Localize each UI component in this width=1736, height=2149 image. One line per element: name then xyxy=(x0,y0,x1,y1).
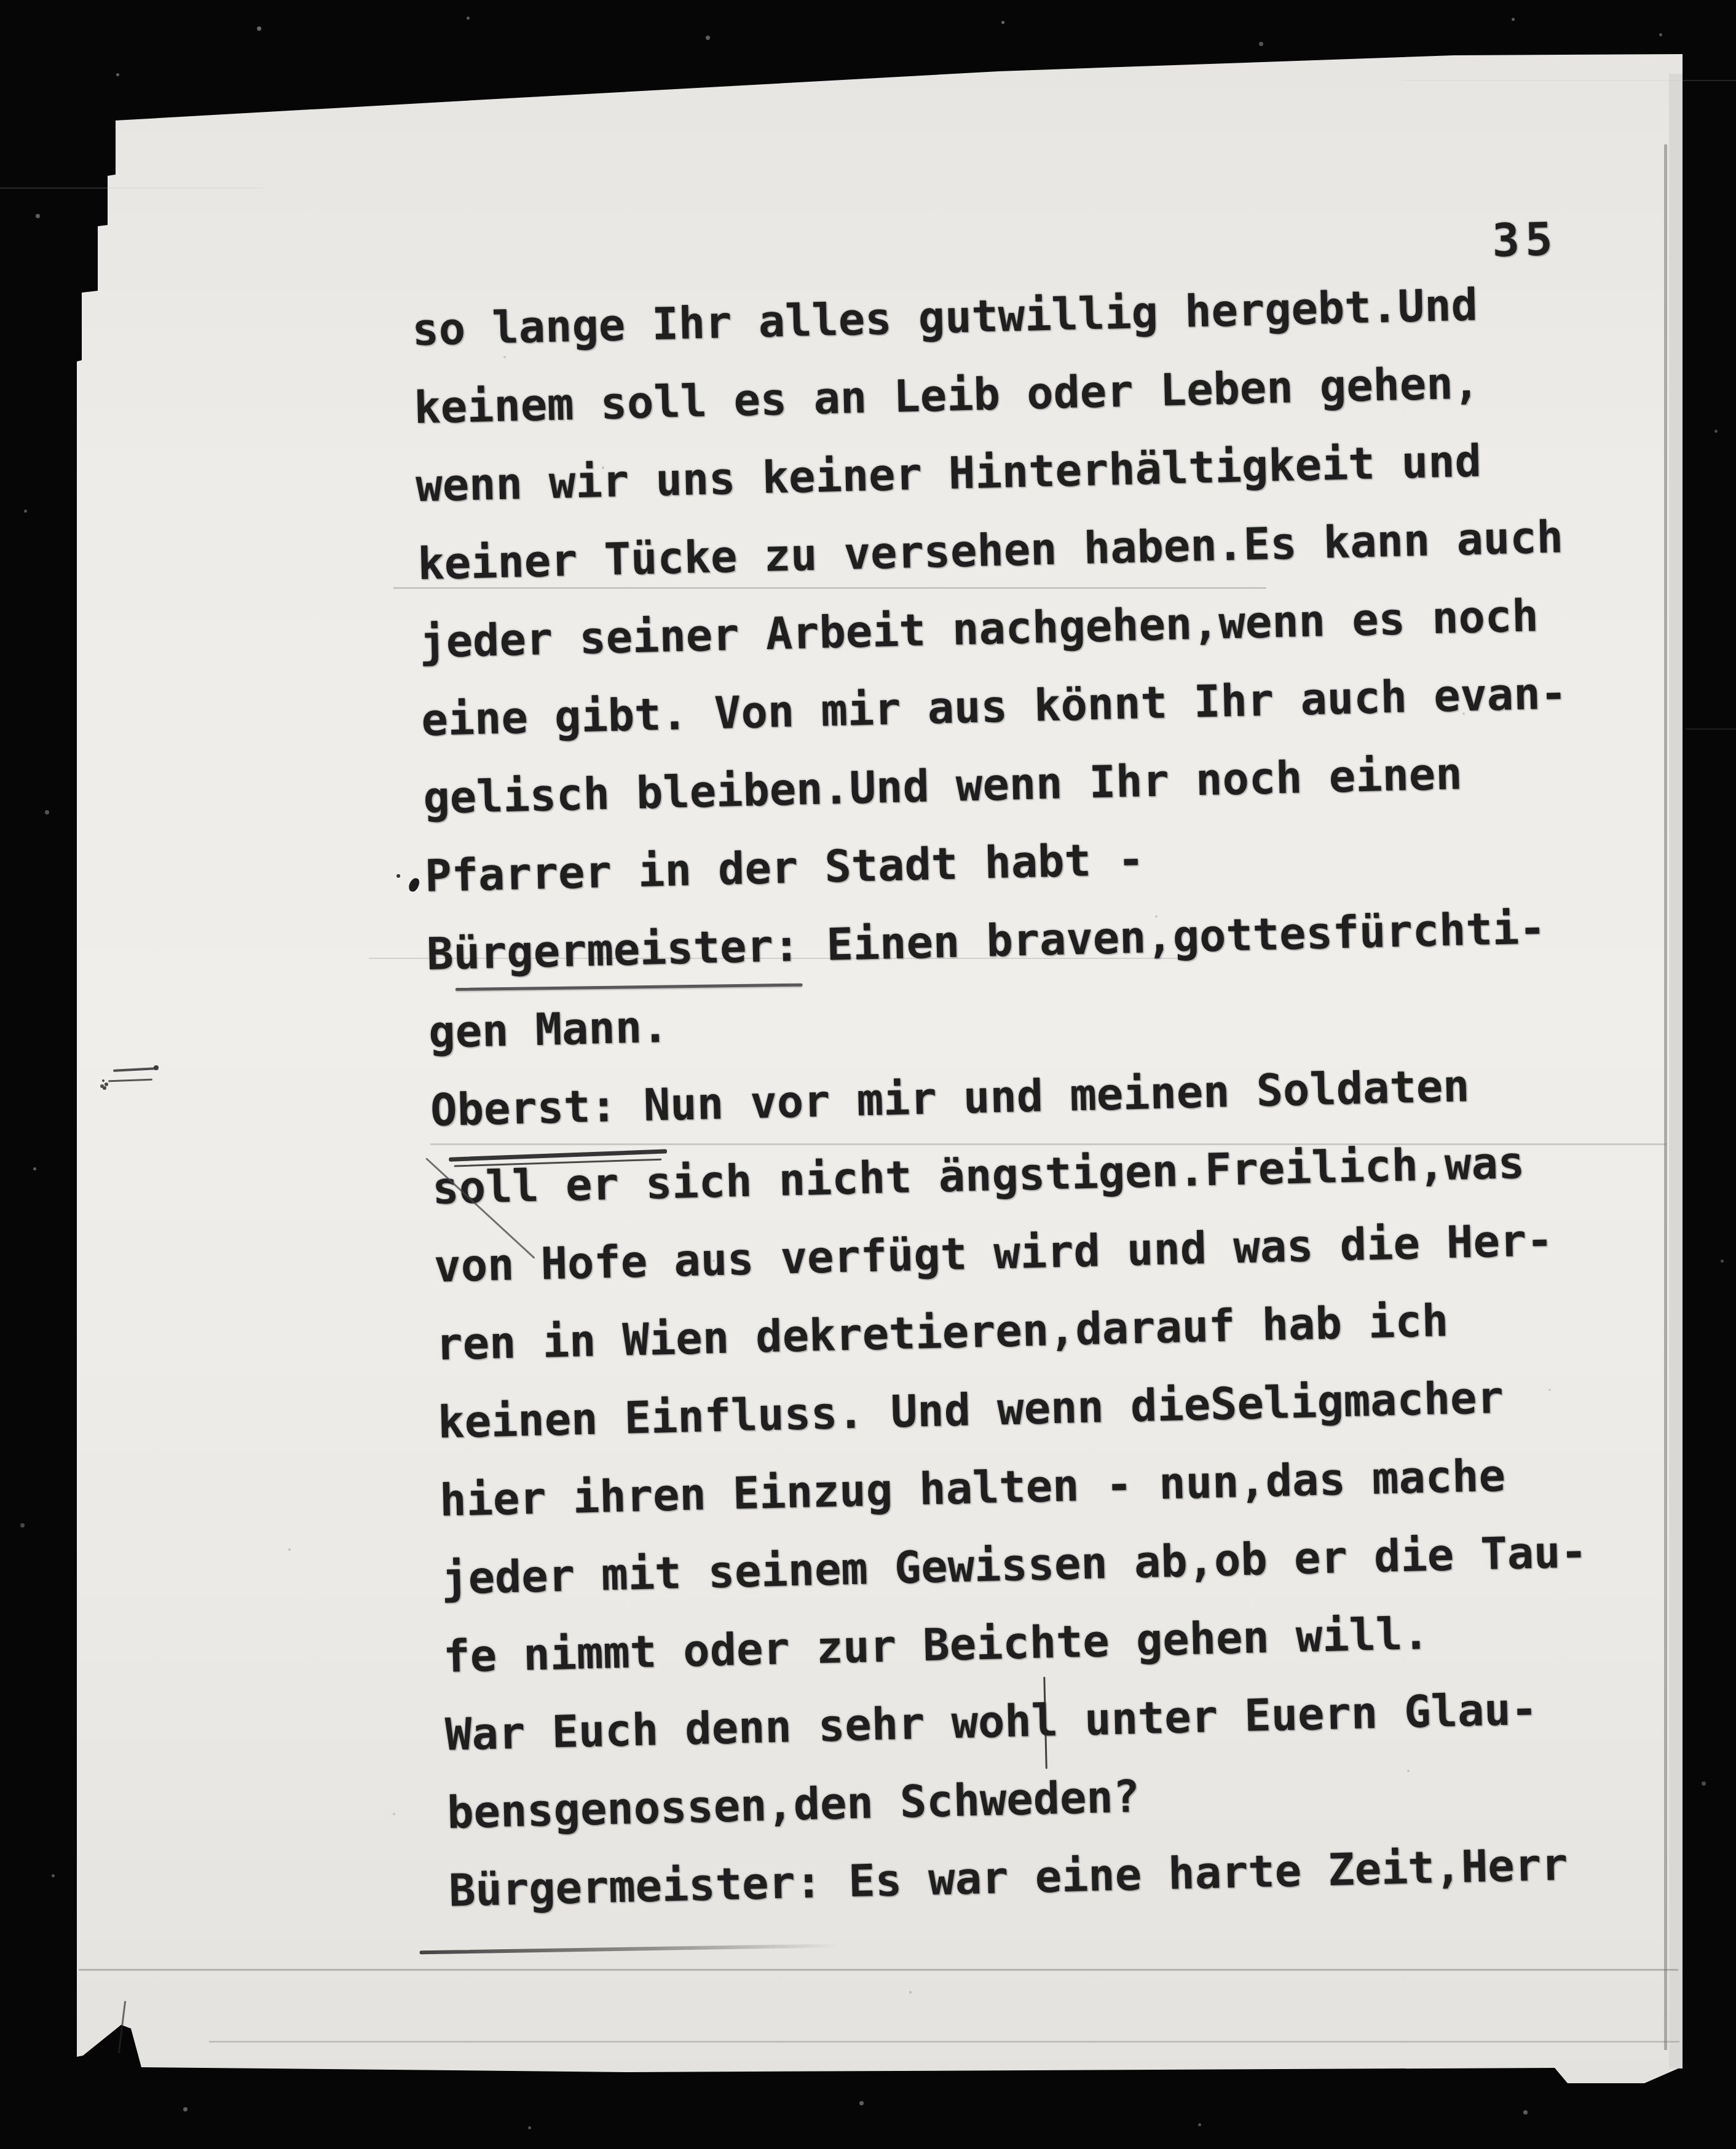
scan-scratch xyxy=(1402,80,1736,81)
sheet-stack-edge xyxy=(1669,74,1683,2068)
sheet-edge-shadow xyxy=(79,1969,1678,1971)
sheet-edge-line xyxy=(1664,144,1667,2050)
scan-scratch xyxy=(0,187,264,189)
typescript-text-block: 35 so lange Ihr alles gutwillig hergebt.… xyxy=(411,262,1648,1930)
scanned-page-view: 35 so lange Ihr alles gutwillig hergebt.… xyxy=(0,0,1736,2149)
ink-speck xyxy=(397,874,400,878)
pencil-margin-scribble xyxy=(102,1079,105,1082)
sheet-edge-shadow xyxy=(209,2041,1679,2043)
page-number: 35 xyxy=(1491,211,1558,268)
pencil-margin-dot xyxy=(154,1065,159,1070)
scan-scratch xyxy=(1686,728,1736,730)
paper-specks xyxy=(0,0,1,1)
